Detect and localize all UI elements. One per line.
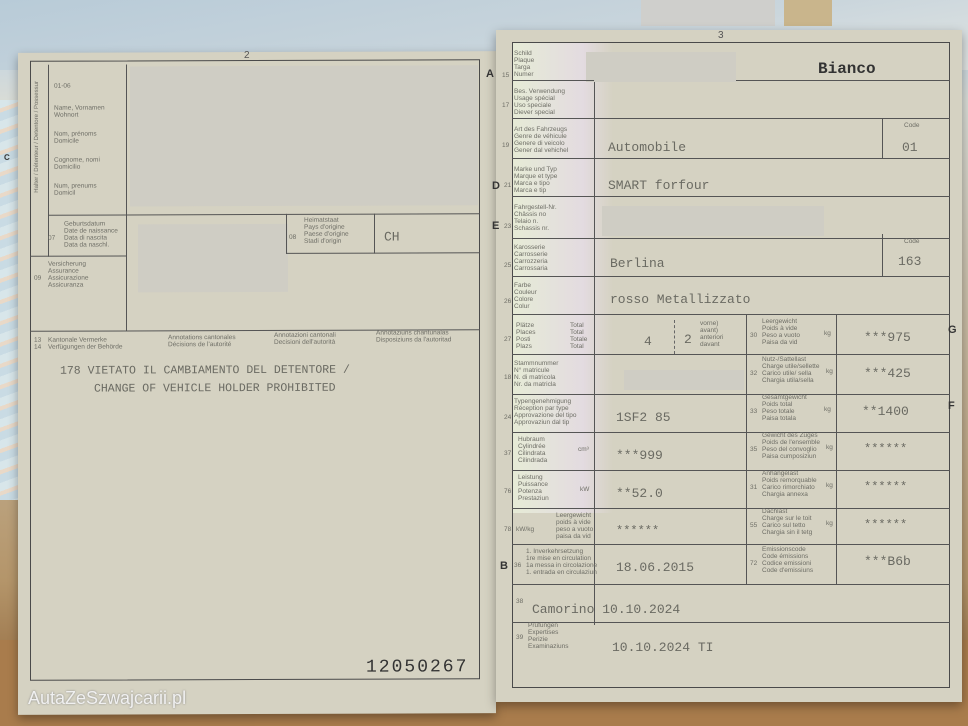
power-weight-value: ******	[616, 524, 659, 538]
plate-value: Bianco	[818, 60, 876, 78]
holder-row-label: 01-06	[54, 83, 71, 90]
chassis-label: Fahrgestell-Nr. Châssis no Telaio n. Sch…	[514, 204, 557, 232]
color-label: Farbe Couleur Colore Colur	[514, 282, 537, 310]
first-registration-value: 18.06.2015	[616, 560, 694, 575]
annotations-label-fr: Annotations cantonales Décisions de l'au…	[168, 334, 236, 348]
emission-code-label: Emissionscode Code émissions Codice emis…	[762, 546, 813, 574]
first-registration-label: 1. Inverkehrsetzung 1re mise en circulat…	[526, 548, 597, 576]
redacted-matriculation	[624, 370, 744, 390]
vehicle-type-label: Art des Fahrzeugs Genre de véhicule Gene…	[514, 126, 568, 154]
side-letter-c: C	[4, 153, 10, 162]
displacement-value: ***999	[616, 448, 663, 463]
annotations-label-de: Kantonale Vermerke Verfügungen der Behör…	[48, 336, 122, 350]
body-value: Berlina	[610, 256, 665, 271]
origin-country-label: Heimatstaat Pays d'origine Paese d'origi…	[304, 217, 349, 245]
seats-total-value: 4	[644, 334, 652, 349]
redacted-chassis-number	[602, 206, 824, 236]
body-label: Karosserie Carrosserie Carrozzeria Carro…	[514, 244, 548, 272]
empty-weight-label: Leergewicht Poids à vide Peso a vuoto Pa…	[762, 318, 800, 346]
annotations-label-it: Annotazioni cantonali Decisioni dell'aut…	[274, 332, 336, 346]
redacted-birth-date	[138, 224, 288, 293]
vehicle-type-code: 01	[902, 140, 918, 155]
train-weight-label: Gewicht des Zuges Poids de l'ensemble Pe…	[762, 432, 820, 460]
inspections-label: Prüfungen Expertises Perizie Examinaziun…	[528, 622, 568, 650]
vehicle-type-value: Automobile	[608, 140, 686, 155]
matriculation-label: Stammnummer N° matricule N. di matricola…	[514, 360, 558, 388]
insurance-label: Versicherung Assurance Assicurazione Ass…	[48, 261, 88, 289]
birth-date-label: Geburtsdatum Date de naissance Data di n…	[64, 220, 118, 248]
total-weight-label: Gesamtgewicht Poids total Peso totale Pa…	[762, 394, 807, 422]
type-approval-label: Typengenehmigung Réception par type Appr…	[514, 398, 577, 426]
inspections-value: 10.10.2024 TI	[612, 640, 713, 655]
document-serial-number: 12050267	[366, 657, 468, 677]
seats-label: Plätze Places Posti Plazs	[516, 322, 536, 350]
trailer-load-label: Anhängelast Poids remorquable Carico rim…	[762, 470, 817, 498]
power-value: **52.0	[616, 486, 663, 501]
holder-section-label: Halter / Détenteur / Detentore / Possess…	[34, 81, 41, 193]
make-model-label: Marke und Typ Marque et type Marca e tip…	[514, 166, 557, 194]
redacted-area-top	[641, 0, 775, 26]
page-number: 3	[718, 30, 724, 41]
holder-row-label: Num, prenums Domicil	[54, 183, 97, 197]
origin-country-value: CH	[384, 230, 400, 245]
displacement-label: Hubraum Cylindrée Cilindrata Cilindrada	[518, 436, 547, 464]
make-model-value: SMART forfour	[608, 178, 709, 193]
registration-page-left: 2 C Halter / Détenteur / Detentore / Pos…	[18, 51, 496, 715]
registration-page-right: 3 A 15 Schild Plaque Targa Numer Bianco …	[496, 30, 962, 702]
holder-row-label: Nom, prénoms Domicile	[54, 131, 97, 145]
holder-row-label: Cognome, nomi Domicilio	[54, 157, 100, 171]
power-label: Leistung Puissance Potenza Prestaziun	[518, 474, 549, 502]
power-weight-label: Leergewicht poids à vide peso a vuoto pa…	[556, 512, 593, 540]
payload-value: ***425	[864, 366, 911, 381]
type-approval-value: 1SF2 85	[616, 410, 671, 425]
emission-code-value: ***B6b	[864, 554, 911, 569]
payload-label: Nutz-/Sattellast Charge utile/sellette C…	[762, 356, 819, 384]
empty-weight-value: ***975	[864, 330, 911, 345]
holder-row-label: Name, Vornamen Wohnort	[54, 105, 105, 119]
train-weight-value: ******	[864, 442, 907, 456]
background-map-top	[784, 0, 832, 26]
total-weight-value: **1400	[862, 404, 909, 419]
roof-load-label: Dachlast Charge sur le toit Carico sul t…	[762, 508, 812, 536]
redacted-plate-number	[586, 52, 736, 82]
annotations-label-rm: Annotaziuns chantunalas Disposiziuns da …	[376, 329, 451, 343]
watermark: AutaZeSzwajcarii.pl	[28, 688, 186, 709]
place-date-value: Camorino 10.10.2024	[532, 602, 680, 617]
roof-load-value: ******	[864, 518, 907, 532]
body-code: 163	[898, 254, 921, 269]
trailer-load-value: ******	[864, 480, 907, 494]
color-value: rosso Metallizzato	[610, 292, 750, 307]
special-use-label: Bes. Verwendung Usage spécial Uso specia…	[514, 88, 565, 116]
redacted-holder-name	[130, 65, 478, 206]
annotation-text-line2: CHANGE OF VEHICLE HOLDER PROHIBITED	[94, 382, 336, 396]
seats-front-value: 2	[684, 332, 692, 347]
plate-label: Schild Plaque Targa Numer	[514, 50, 534, 78]
annotation-text-line1: 178 VIETATO IL CAMBIAMENTO DEL DETENTORE…	[60, 364, 350, 378]
